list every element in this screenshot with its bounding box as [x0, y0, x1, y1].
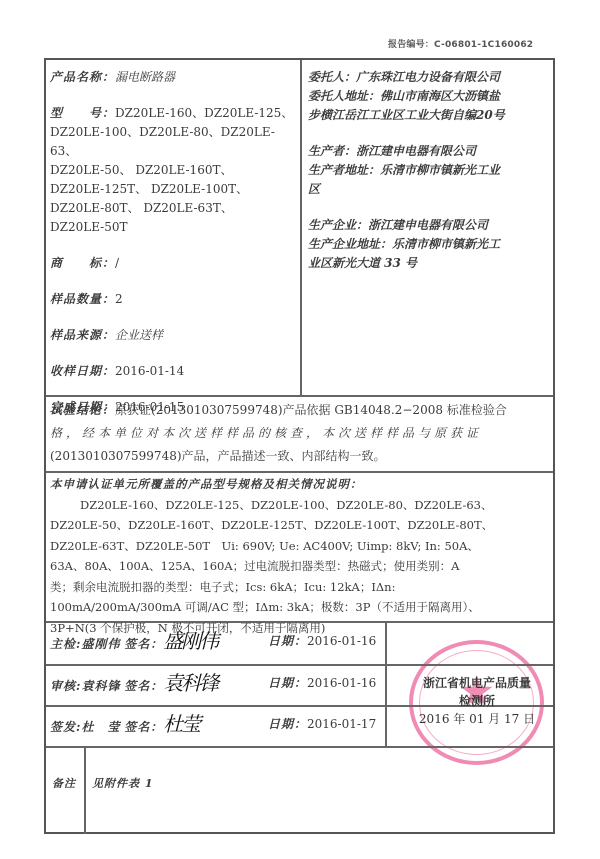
- manufacturer-value: 浙江建申电器有限公司: [368, 218, 488, 232]
- client-row: 委托人：广东珠江电力设备有限公司: [308, 68, 553, 87]
- manufacturer-address-value-cont: 业区新光大道 33 号: [308, 254, 553, 273]
- models-label: 型 号：: [50, 106, 115, 120]
- producer-row: 生产者：浙江建申电器有限公司: [308, 142, 553, 161]
- sign-label: 签名：: [124, 637, 163, 651]
- report-number-value: C-06801-1C160062: [434, 40, 533, 50]
- seal-org-name-cont: 检测所: [392, 692, 562, 709]
- receive-date-label: 收样日期：: [50, 364, 115, 378]
- model-line: DZ20LE-50T: [50, 218, 298, 237]
- scope-line: 63A、80A、100A、125A、160A；过电流脱扣器类型：热磁式；使用类别…: [50, 556, 552, 577]
- sign-date: 2016-01-16: [307, 634, 376, 648]
- sample-qty-value: 2: [115, 292, 123, 306]
- report-number: 报告编号：C-06801-1C160062: [388, 37, 533, 50]
- sample-qty-row: 样品数量：2: [50, 290, 298, 309]
- signer-name: 杜 莹: [81, 720, 120, 734]
- conclusion-text: 原获证(2013010307599748)产品依据 GB14048.2−2008…: [115, 403, 507, 417]
- model-line: DZ20LE-160、DZ20LE-125、: [115, 106, 293, 120]
- divider: [300, 60, 302, 395]
- client-label: 委托人：: [308, 70, 356, 84]
- scope-line: DZ20LE-63T、DZ20LE-50T Ui: 690V; Ue: AC40…: [50, 536, 552, 557]
- seal-org-name: 浙江省机电产品质量: [392, 674, 562, 691]
- signer-name: 盛刚伟: [81, 637, 120, 651]
- producer-address-label: 生产者地址：: [308, 163, 380, 177]
- manufacturer-row: 生产企业：浙江建申电器有限公司: [308, 216, 553, 235]
- trademark-value: /: [115, 256, 119, 270]
- signature-row-inspector: 主检:盛刚伟 签名：盛刚伟 日期：2016-01-16: [50, 632, 380, 654]
- producer-address-value: 乐清市柳市镇新光工业: [380, 163, 500, 177]
- date-label: 日期：: [268, 717, 307, 731]
- handwritten-signature: 袁科锋: [163, 671, 217, 695]
- client-value: 广东珠江电力设备有限公司: [356, 70, 500, 84]
- sign-date: 2016-01-16: [307, 676, 376, 690]
- client-info-panel: 委托人：广东珠江电力设备有限公司 委托人地址：佛山市南海区大沥镇盐 步横江岳江工…: [308, 68, 553, 273]
- manufacturer-label: 生产企业：: [308, 218, 368, 232]
- sample-source-row: 样品来源：企业送样: [50, 326, 298, 345]
- role-label: 主检:: [50, 637, 81, 651]
- receive-date-value: 2016-01-14: [115, 364, 184, 378]
- sign-label: 签名：: [124, 720, 163, 734]
- product-info-panel: 产品名称：漏电断路器 型 号：DZ20LE-160、DZ20LE-125、 DZ…: [50, 68, 298, 417]
- sign-date: 2016-01-17: [307, 717, 376, 731]
- product-name-value: 漏电断路器: [115, 70, 175, 84]
- handwritten-signature: 盛刚伟: [163, 629, 217, 653]
- client-address-row: 委托人地址：佛山市南海区大沥镇盐: [308, 87, 553, 106]
- model-line: DZ20LE-100、DZ20LE-80、DZ20LE-63、: [50, 123, 298, 161]
- seal-date: 2016 年 01 月 17 日: [392, 710, 562, 727]
- signature-row-issuer: 签发:杜 莹 签名：杜莹 日期：2016-01-17: [50, 715, 380, 737]
- date-label: 日期：: [268, 634, 307, 648]
- handwritten-signature: 杜莹: [163, 712, 199, 736]
- signature-row-reviewer: 审核:袁科锋 签名：袁科锋 日期：2016-01-16: [50, 674, 380, 696]
- model-line: DZ20LE-125T、 DZ20LE-100T、: [50, 180, 298, 199]
- divider: [46, 471, 553, 473]
- test-conclusion: 试验结论：原获证(2013010307599748)产品依据 GB14048.2…: [50, 399, 550, 468]
- sign-label: 签名：: [124, 679, 163, 693]
- remarks-value: 见附件表 1: [92, 774, 153, 793]
- conclusion-text: 格，经本单位对本次送样样品的核查，本次送样样品与原获证: [50, 422, 550, 445]
- scope-line: DZ20LE-160、DZ20LE-125、DZ20LE-100、DZ20LE-…: [50, 495, 552, 516]
- divider: [46, 664, 553, 666]
- producer-address-value-cont: 区: [308, 180, 553, 199]
- client-address-label: 委托人地址：: [308, 89, 380, 103]
- scope-line: DZ20LE-50、DZ20LE-160T、DZ20LE-125T、DZ20LE…: [50, 515, 552, 536]
- producer-label: 生产者：: [308, 144, 356, 158]
- divider: [46, 746, 553, 748]
- producer-value: 浙江建申电器有限公司: [356, 144, 476, 158]
- conclusion-text: (2013010307599748)产品，产品描述一致、内部结构一致。: [50, 445, 550, 468]
- manufacturer-address-value: 乐清市柳市镇新光工: [392, 237, 500, 251]
- model-line: DZ20LE-50、 DZ20LE-160T、: [50, 161, 298, 180]
- divider: [385, 621, 387, 747]
- manufacturer-address-row: 生产企业地址：乐清市柳市镇新光工: [308, 235, 553, 254]
- report-number-label: 报告编号：: [388, 40, 434, 50]
- sample-source-value: 企业送样: [115, 328, 163, 342]
- sample-qty-label: 样品数量：: [50, 292, 115, 306]
- product-name-label: 产品名称：: [50, 70, 115, 84]
- certification-scope: 本申请认证单元所覆盖的产品型号规格及相关情况说明： DZ20LE-160、DZ2…: [50, 474, 552, 638]
- manufacturer-address-label: 生产企业地址：: [308, 237, 392, 251]
- trademark-row: 商 标：/: [50, 254, 298, 273]
- remarks-label: 备注: [52, 774, 76, 793]
- role-label: 签发:: [50, 720, 81, 734]
- client-address-value: 佛山市南海区大沥镇盐: [380, 89, 500, 103]
- scope-heading: 本申请认证单元所覆盖的产品型号规格及相关情况说明：: [50, 474, 552, 495]
- client-address-value-cont: 步横江岳江工业区工业大街自编20号: [308, 106, 553, 125]
- sample-source-label: 样品来源：: [50, 328, 115, 342]
- model-line: DZ20LE-80T、 DZ20LE-63T、: [50, 199, 298, 218]
- receive-date-row: 收样日期：2016-01-14: [50, 362, 298, 381]
- signer-name: 袁科锋: [81, 679, 120, 693]
- scope-line: 100mA/200mA/300mA 可调/AC 型；IΔm: 3kA；极数：3P…: [50, 597, 552, 618]
- models-row: 型 号：DZ20LE-160、DZ20LE-125、: [50, 104, 298, 123]
- product-name-row: 产品名称：漏电断路器: [50, 68, 298, 87]
- divider: [84, 746, 86, 834]
- role-label: 审核:: [50, 679, 81, 693]
- producer-address-row: 生产者地址：乐清市柳市镇新光工业: [308, 161, 553, 180]
- scope-line: 类；剩余电流脱扣器的类型：电子式；Ics: 6kA；Icu: 12kA；IΔn:: [50, 577, 552, 598]
- date-label: 日期：: [268, 676, 307, 690]
- conclusion-label: 试验结论：: [50, 403, 115, 417]
- trademark-label: 商 标：: [50, 256, 115, 270]
